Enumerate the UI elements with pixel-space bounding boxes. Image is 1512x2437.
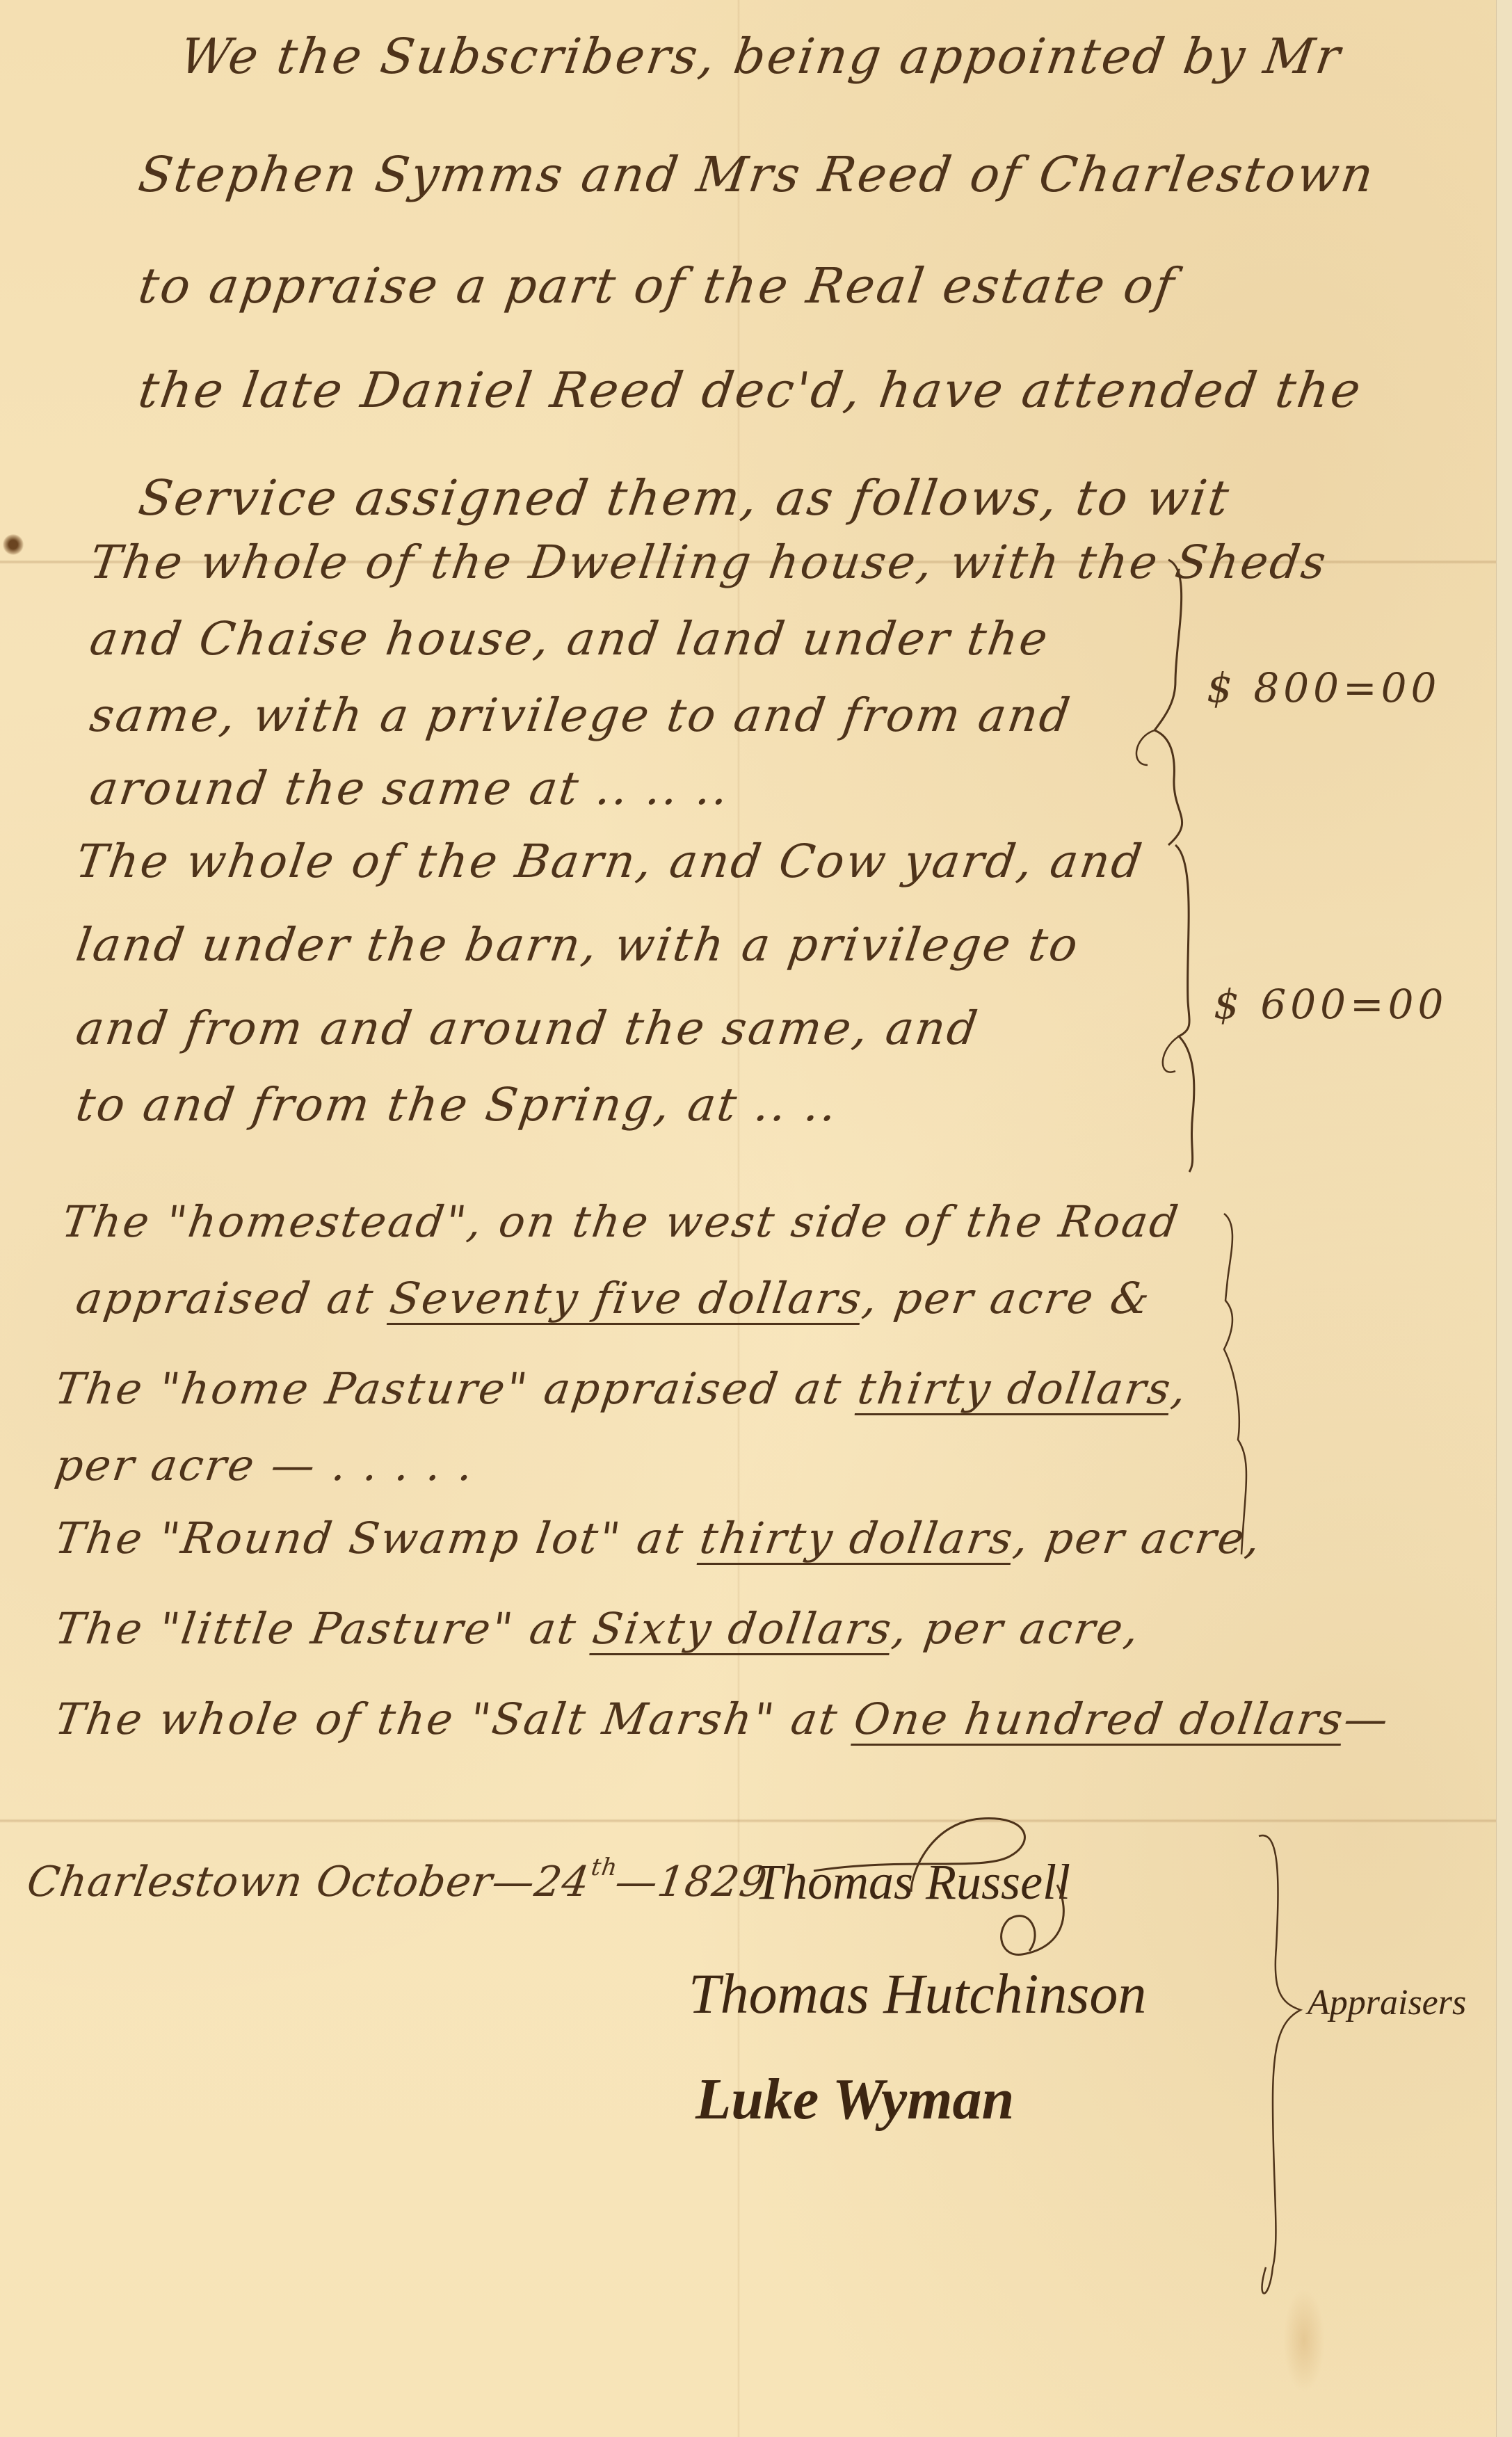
document-page: We the Subscribers, being appointed by M… bbox=[0, 0, 1512, 2437]
place-date: Charlestown October—24th—1829 bbox=[24, 1853, 771, 1906]
text: appraised at bbox=[73, 1273, 394, 1324]
amount-barn: $ 600=00 bbox=[1214, 981, 1447, 1028]
preamble-line: We the Subscribers, being appointed by M… bbox=[177, 28, 1345, 85]
text: The whole of the "Salt Marsh" at bbox=[52, 1694, 858, 1744]
day: 24 bbox=[531, 1858, 593, 1906]
text: The "Round Swamp lot" at bbox=[52, 1513, 704, 1563]
appraisers-label: Appraisers bbox=[1308, 1982, 1466, 2023]
place: Charlestown bbox=[24, 1858, 307, 1906]
text: — bbox=[1341, 1694, 1393, 1744]
rate-one-hundred: One hundred dollars bbox=[851, 1694, 1348, 1744]
item-line: and Chaise house, and land under the bbox=[87, 612, 1053, 666]
rate-seventy-five: Seventy five dollars bbox=[387, 1273, 867, 1324]
text: The "little Pasture" at bbox=[52, 1603, 597, 1654]
signature-thomas-hutchinson: Thomas Hutchinson bbox=[689, 1961, 1146, 2027]
preamble-line: Stephen Symms and Mrs Reed of Charlestow… bbox=[135, 146, 1378, 203]
preamble-line: to appraise a part of the Real estate of bbox=[135, 257, 1180, 314]
brace-icon bbox=[1210, 1210, 1266, 1558]
home-pasture-line: The "home Pasture" appraised at thirty d… bbox=[52, 1363, 1191, 1414]
homestead-line: The "homestead", on the west side of the… bbox=[59, 1196, 1183, 1247]
item-line: and from and around the same, and bbox=[73, 1002, 983, 1055]
text: , per acre, bbox=[1011, 1513, 1265, 1563]
homestead-rate-line: appraised at Seventy five dollars, per a… bbox=[73, 1273, 1155, 1324]
item-line: around the same at .. .. .. bbox=[87, 762, 734, 815]
item-line: The whole of the Barn, and Cow yard, and bbox=[73, 835, 1148, 888]
signature-luke-wyman: Luke Wyman bbox=[695, 2066, 1014, 2133]
text: , per acre, bbox=[890, 1603, 1144, 1654]
brace-icon bbox=[1252, 1822, 1335, 2309]
rate-sixty: Sixty dollars bbox=[589, 1603, 896, 1654]
paper-right-edge bbox=[1496, 0, 1512, 2437]
month: October bbox=[313, 1858, 495, 1906]
brace-icon bbox=[1127, 556, 1210, 848]
text: , per acre & bbox=[860, 1273, 1155, 1324]
preamble-line: Service assigned them, as follows, to wi… bbox=[135, 469, 1234, 526]
amount-dwelling-house: $ 800=00 bbox=[1207, 664, 1440, 711]
text: The "home Pasture" appraised at bbox=[52, 1363, 862, 1414]
year: 1829 bbox=[654, 1858, 771, 1906]
signature-flourish-icon bbox=[800, 1815, 1113, 1961]
item-line: to and from the Spring, at .. .. bbox=[73, 1078, 842, 1132]
home-pasture-line-2: per acre — . . . . . bbox=[52, 1440, 478, 1490]
preamble-line: the late Daniel Reed dec'd, have attende… bbox=[135, 362, 1366, 419]
ink-stain bbox=[3, 534, 24, 555]
little-pasture-line: The "little Pasture" at Sixty dollars, p… bbox=[52, 1603, 1144, 1654]
rate-thirty: thirty dollars bbox=[855, 1363, 1175, 1414]
item-line: land under the barn, with a privilege to bbox=[73, 918, 1084, 972]
rate-thirty: thirty dollars bbox=[697, 1513, 1018, 1563]
day-suffix: th bbox=[590, 1853, 620, 1881]
salt-marsh-line: The whole of the "Salt Marsh" at One hun… bbox=[52, 1694, 1393, 1744]
item-line: same, with a privilege to and from and bbox=[87, 689, 1075, 742]
round-swamp-lot-line: The "Round Swamp lot" at thirty dollars,… bbox=[52, 1513, 1265, 1563]
